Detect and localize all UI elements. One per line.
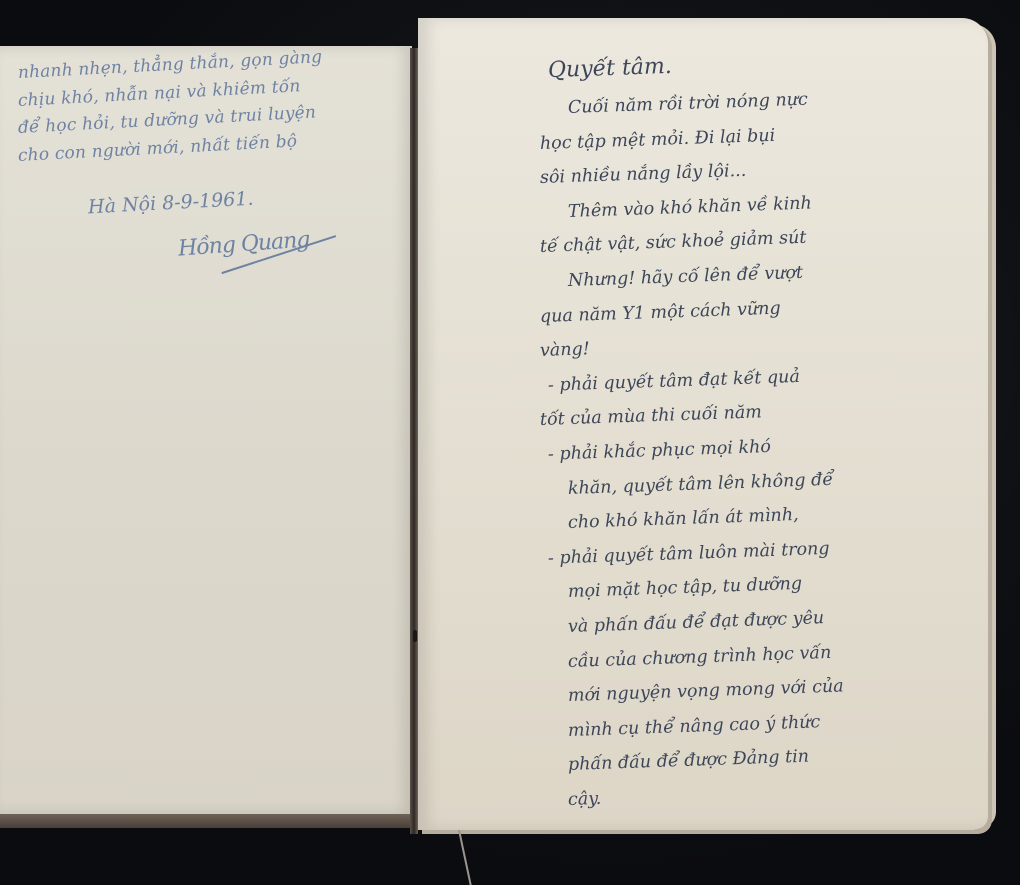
page-title: Quyết tâm.	[548, 54, 673, 83]
left-cover-edge	[0, 814, 412, 828]
binding-stitch	[413, 630, 417, 642]
left-page-text: nhanh nhẹn, thẳng thắn, gọn gàng chịu kh…	[18, 60, 323, 170]
notebook-spine	[410, 48, 418, 834]
right-page-text: Cuối năm rồi trời nóng nực học tập mệt m…	[540, 92, 844, 818]
